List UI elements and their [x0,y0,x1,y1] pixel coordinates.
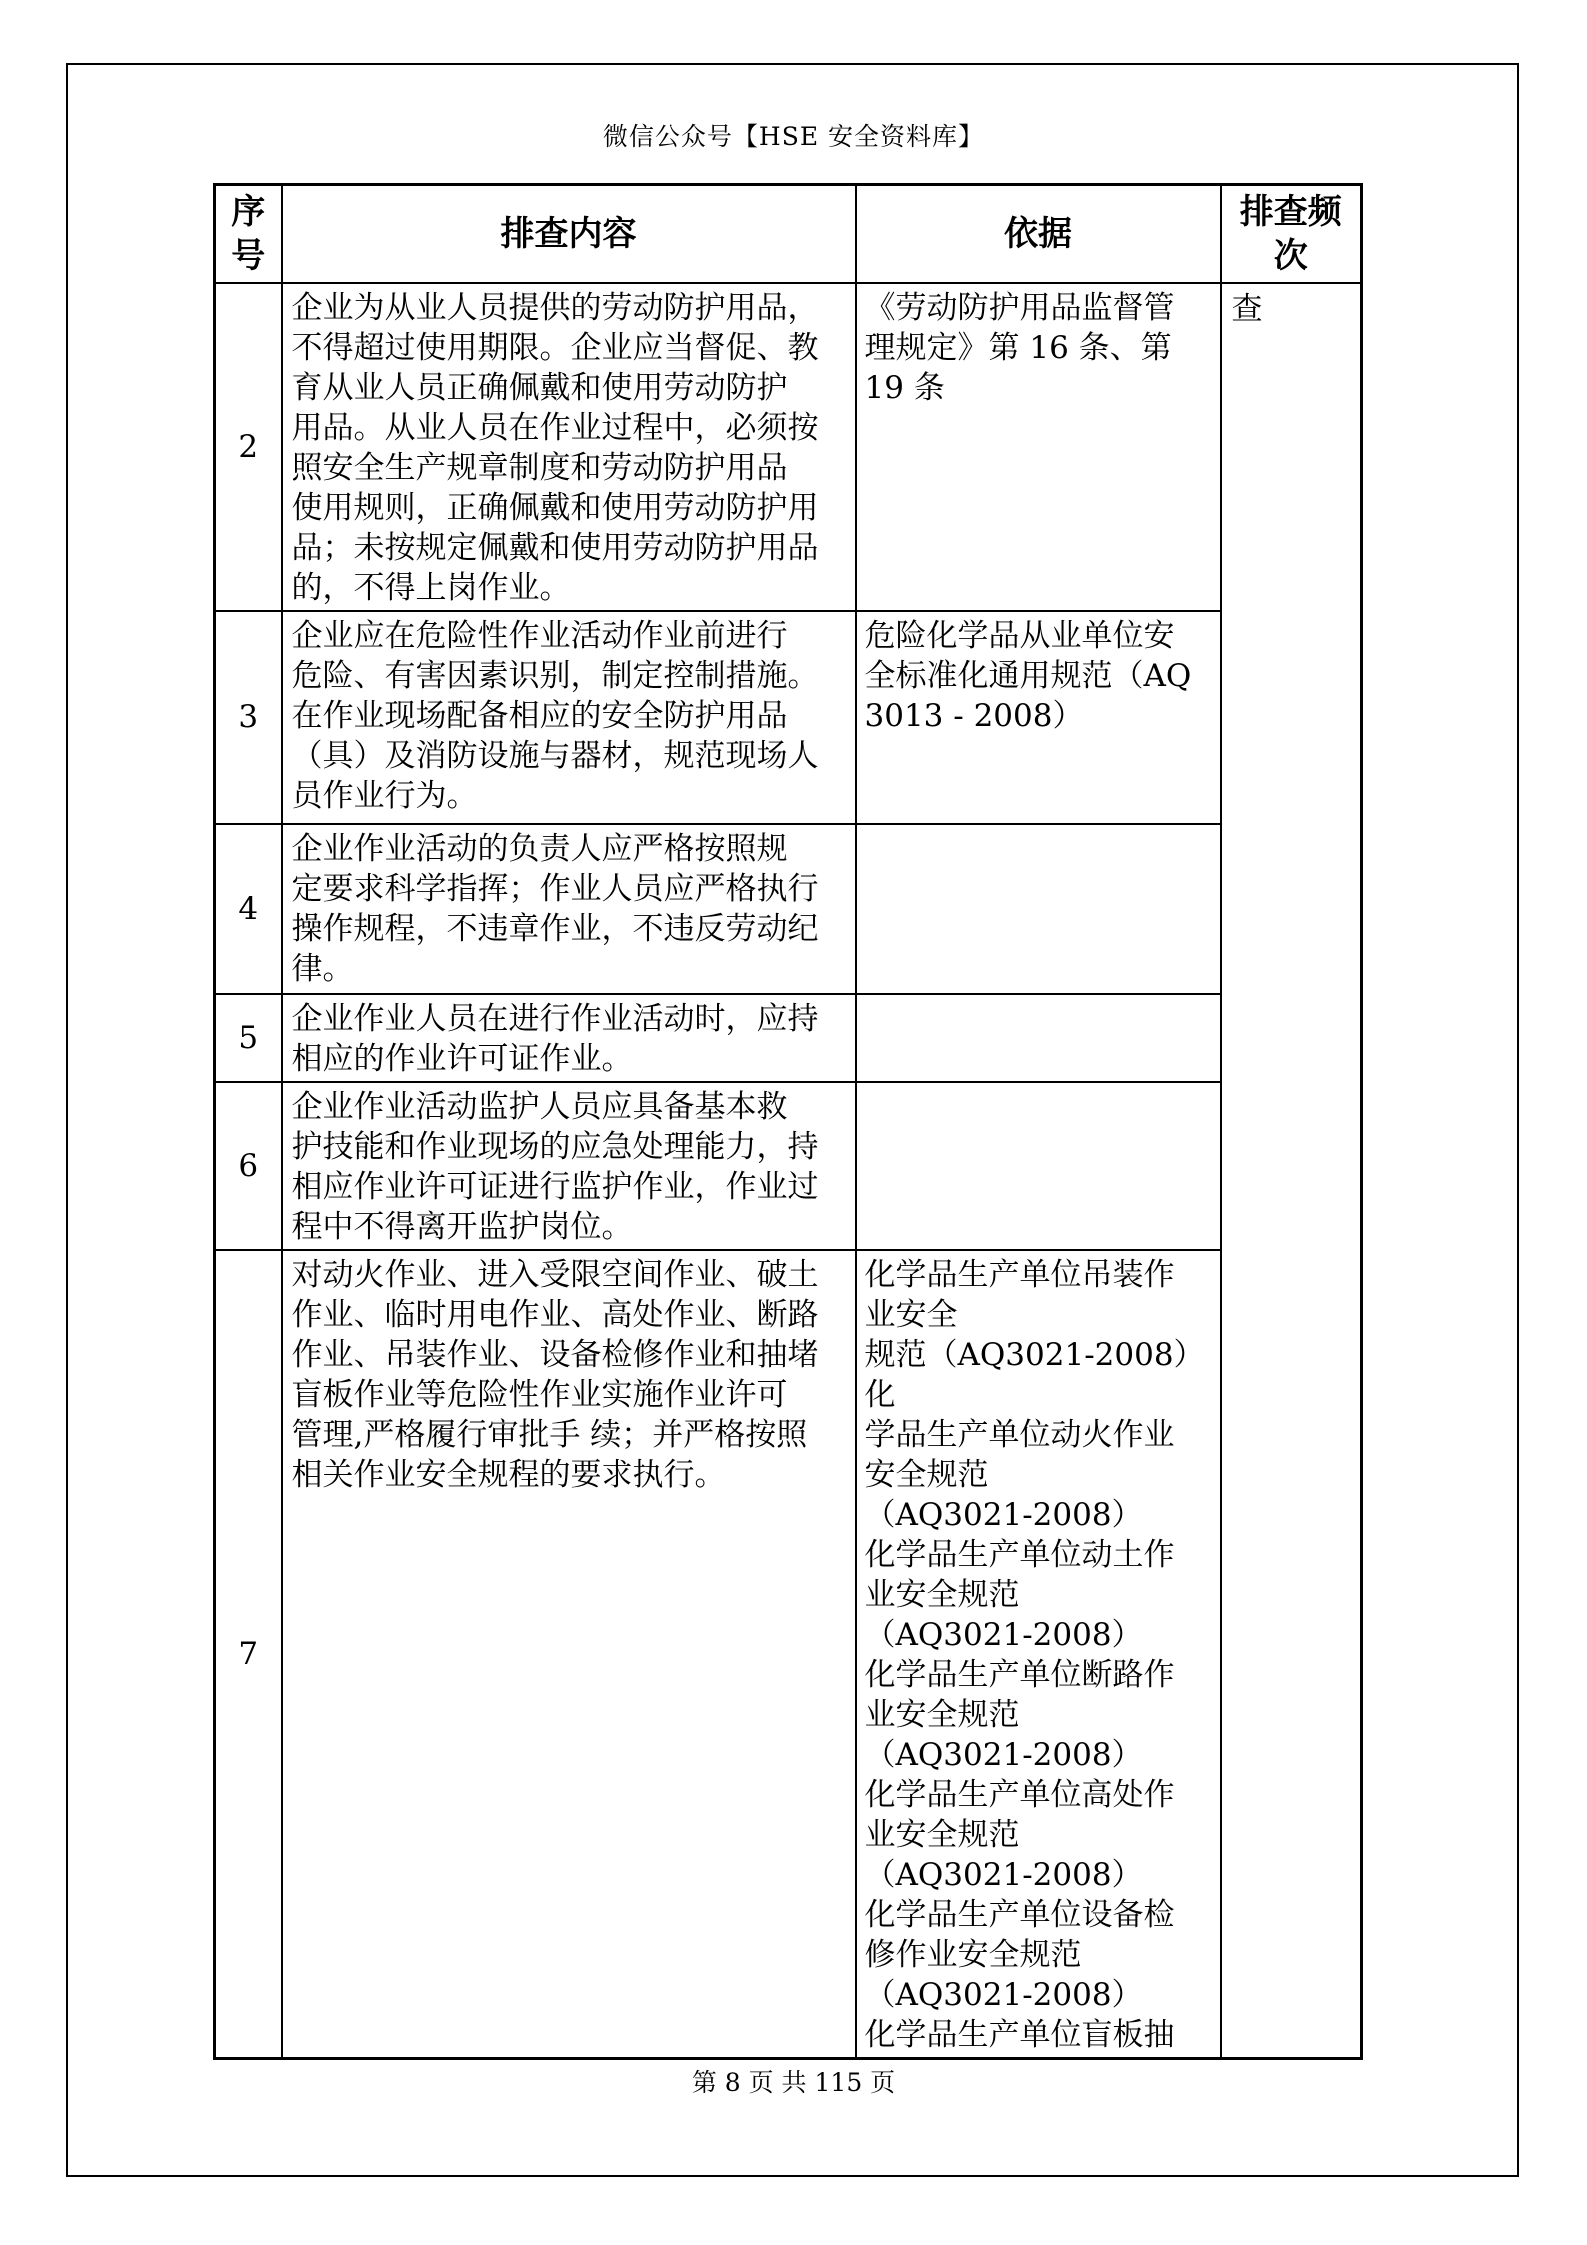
column-header-frequency: 排查频 次 [1221,185,1362,283]
row-number-cell: 4 [215,824,282,994]
table-row: 4 企业作业活动的负责人应严格按照规 定要求科学指挥；作业人员应严格执行 操作规… [215,824,1362,994]
page-number-footer: 第 8 页 共 115 页 [0,2066,1587,2100]
row-number-cell: 2 [215,283,282,611]
row-number-cell: 6 [215,1082,282,1250]
content-cell: 企业为从业人员提供的劳动防护用品， 不得超过使用期限。企业应当督促、教 育从业人… [282,283,856,611]
content-cell: 对动火作业、进入受限空间作业、破土 作业、临时用电作业、高处作业、断路 作业、吊… [282,1250,856,2059]
row-number-cell: 5 [215,994,282,1082]
table-row: 3 企业应在危险性作业活动作业前进行 危险、有害因素识别，制定控制措施。 在作业… [215,611,1362,824]
basis-cell [856,994,1221,1082]
table-row: 5 企业作业人员在进行作业活动时，应持 相应的作业许可证作业。 [215,994,1362,1082]
document-page: 微信公众号【HSE 安全资料库】 序 号 排查内容 依据 排查频 次 2 企业为… [0,0,1587,2245]
basis-cell: 《劳动防护用品监督管 理规定》第 16 条、第 19 条 [856,283,1221,611]
inspection-checklist-table: 序 号 排查内容 依据 排查频 次 2 企业为从业人员提供的劳动防护用品， 不得… [213,183,1363,2060]
content-cell: 企业作业活动监护人员应具备基本救 护技能和作业现场的应急处理能力，持 相应作业许… [282,1082,856,1250]
basis-cell [856,824,1221,994]
basis-cell: 化学品生产单位吊装作 业安全 规范（AQ3021-2008） 化 学品生产单位动… [856,1250,1221,2059]
header-row: 序 号 排查内容 依据 排查频 次 [215,185,1362,283]
content-cell: 企业应在危险性作业活动作业前进行 危险、有害因素识别，制定控制措施。 在作业现场… [282,611,856,824]
content-cell: 企业作业人员在进行作业活动时，应持 相应的作业许可证作业。 [282,994,856,1082]
page-header-text: 微信公众号【HSE 安全资料库】 [0,120,1587,154]
row-number-cell: 7 [215,1250,282,2059]
frequency-cell: 查 [1221,283,1362,2059]
column-header-content: 排查内容 [282,185,856,283]
basis-cell [856,1082,1221,1250]
column-header-basis: 依据 [856,185,1221,283]
content-cell: 企业作业活动的负责人应严格按照规 定要求科学指挥；作业人员应严格执行 操作规程，… [282,824,856,994]
table-row: 2 企业为从业人员提供的劳动防护用品， 不得超过使用期限。企业应当督促、教 育从… [215,283,1362,611]
table-row: 7 对动火作业、进入受限空间作业、破土 作业、临时用电作业、高处作业、断路 作业… [215,1250,1362,2059]
basis-cell: 危险化学品从业单位安 全标准化通用规范（AQ 3013 - 2008） [856,611,1221,824]
row-number-cell: 3 [215,611,282,824]
table-row: 6 企业作业活动监护人员应具备基本救 护技能和作业现场的应急处理能力，持 相应作… [215,1082,1362,1250]
column-header-serial: 序 号 [215,185,282,283]
